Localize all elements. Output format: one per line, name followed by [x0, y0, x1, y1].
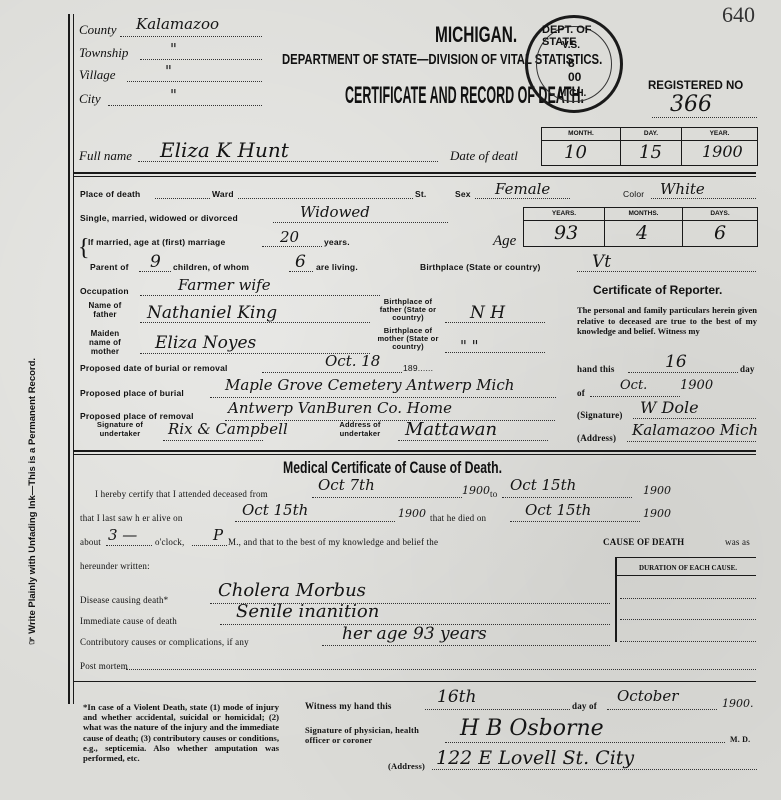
- days-header: DAYS.: [683, 210, 757, 217]
- page-number: 640: [722, 2, 755, 28]
- living-label: are living.: [316, 262, 358, 272]
- township-value: ": [170, 40, 177, 58]
- medical-title: Medical Certificate of Cause of Death.: [283, 458, 502, 478]
- mother-name-label: Maiden name of mother: [80, 329, 130, 356]
- disease-label: Disease causing death*: [80, 595, 168, 605]
- birthplace-label: Birthplace (State or country): [420, 262, 541, 272]
- st-label: St.: [415, 189, 426, 199]
- department-stamp: DEPT. OF STATE V.S. 8 00 MICH.: [525, 15, 623, 113]
- place-of-death-label: Place of death: [80, 189, 140, 199]
- children-label: children, of whom: [173, 262, 249, 272]
- village-value: ": [165, 62, 172, 80]
- day-header: DAY.: [621, 130, 681, 137]
- died-year: 1900: [643, 507, 671, 520]
- color-label: Color: [623, 189, 644, 199]
- of-label: of: [577, 388, 585, 398]
- stamp-text: MICH.: [558, 88, 586, 99]
- witness-month-value: October: [617, 687, 678, 705]
- died-value: Oct 15th: [525, 501, 591, 519]
- marriage-age-value: 20: [280, 228, 299, 246]
- contributory-value: her age 93 years: [342, 624, 487, 644]
- physician-address-label: (Address): [388, 761, 425, 771]
- oclock-label: o'clock,: [155, 537, 184, 547]
- years-label: years.: [324, 237, 350, 247]
- was-as-label: was as: [725, 537, 750, 547]
- burial-place-label: Proposed place of burial: [80, 388, 184, 398]
- living-count: 6: [295, 252, 306, 272]
- color-value: White: [660, 180, 705, 198]
- disease-value: Cholera Morbus: [218, 580, 366, 601]
- registered-label: REGISTERED NO: [648, 80, 743, 92]
- margin-note: ☞ Write Plainly with Unfading Ink—This i…: [27, 358, 38, 645]
- burial-year-suffix: 189......: [403, 363, 433, 373]
- post-mortem-label: Post mortem: [80, 661, 128, 671]
- day-of-label: day of: [572, 701, 597, 711]
- reporter-address-value: Kalamazoo Mich: [632, 421, 758, 439]
- marital-value: Widowed: [300, 203, 370, 221]
- sex-label: Sex: [455, 189, 471, 199]
- physician-label: Signature of physician, health officer o…: [305, 725, 445, 745]
- last-saw-value: Oct 15th: [242, 501, 308, 519]
- cause-label: CAUSE OF DEATH: [603, 537, 684, 547]
- reporter-text: The personal and family particulars here…: [577, 305, 757, 337]
- attended-year1: 1900: [462, 484, 490, 497]
- undertaker-signature-value: Rix & Campbell: [168, 420, 288, 438]
- village-label: Village: [79, 67, 116, 83]
- mother-birthplace-label: Birthplace of mother (State or country): [377, 327, 439, 351]
- m-label: M., and that to the best of my knowledge…: [228, 537, 438, 547]
- marital-label: Single, married, widowed or divorced: [80, 213, 238, 223]
- father-name-label: Name of father: [80, 301, 130, 319]
- age-label: Age: [493, 233, 516, 250]
- duration-header: DURATION OF EACH CAUSE.: [620, 564, 756, 572]
- death-month-value: 10: [564, 142, 587, 163]
- reporter-title: Certificate of Reporter.: [593, 283, 722, 297]
- age-days-value: 6: [714, 222, 726, 244]
- age-box: YEARS. MONTHS. DAYS. 93 4 6: [523, 207, 758, 247]
- stamp-text: DEPT. OF STATE: [542, 24, 620, 48]
- occupation-value: Farmer wife: [178, 276, 271, 294]
- attended-to-value: Oct 15th: [510, 476, 576, 494]
- county-value: Kalamazoo: [136, 15, 219, 33]
- stamp-text: 00: [568, 70, 581, 84]
- death-certificate-page: ☞ Write Plainly with Unfading Ink—This i…: [0, 0, 781, 800]
- date-of-death-label: Date of deatl: [450, 148, 518, 164]
- witness-year-value: 1900.: [722, 697, 754, 710]
- physician-address-value: 122 E Lovell St. City: [436, 747, 634, 769]
- death-day-value: 15: [639, 142, 662, 163]
- registered-number: 366: [670, 92, 712, 117]
- father-name-value: Nathaniel King: [147, 303, 277, 323]
- sex-value: Female: [495, 180, 550, 198]
- city-label: City: [79, 91, 101, 107]
- attended-year2: 1900: [643, 484, 671, 497]
- age-years-value: 93: [554, 222, 578, 244]
- last-saw-year: 1900: [398, 507, 426, 520]
- county-label: County: [79, 22, 117, 38]
- city-value: ": [170, 86, 177, 104]
- reporter-day-value: 16: [665, 352, 687, 372]
- reporter-year-value: 1900: [680, 378, 713, 393]
- signature-label: (Signature): [577, 410, 623, 420]
- months-header: MONTHS.: [605, 210, 682, 217]
- day-label: day: [740, 364, 755, 374]
- full-name-label: Full name: [79, 148, 132, 164]
- undertaker-signature-label: Signature of undertaker: [80, 420, 160, 438]
- father-birthplace-label: Birthplace of father (State or country): [377, 298, 439, 322]
- died-label: that he died on: [430, 513, 486, 523]
- undertaker-address-value: Mattawan: [405, 419, 497, 440]
- undertaker-address-label: Address of undertaker: [330, 420, 390, 438]
- occupation-label: Occupation: [80, 286, 129, 296]
- stamp-text: V.S.: [562, 40, 580, 51]
- township-label: Township: [79, 45, 128, 61]
- age-months-value: 4: [636, 222, 648, 244]
- ampm-value: P: [213, 526, 223, 544]
- reporter-signature-value: W Dole: [640, 398, 699, 417]
- father-birthplace-value: N H: [470, 303, 505, 323]
- mother-birthplace-value: " ": [460, 337, 479, 355]
- parent-of-label: Parent of: [90, 262, 129, 272]
- violent-death-footnote: *In case of a Violent Death, state (1) m…: [83, 702, 279, 763]
- birthplace-value: Vt: [592, 252, 611, 272]
- hour-value: 3 —: [108, 526, 137, 544]
- date-of-death-box: MONTH. DAY. YEAR. 10 15 1900: [541, 127, 758, 166]
- about-label: about: [80, 537, 101, 547]
- immediate-value: Senile inanition: [236, 601, 379, 622]
- last-saw-label: that I last saw h er alive on: [80, 513, 183, 523]
- month-header: MONTH.: [542, 130, 620, 137]
- children-count: 9: [150, 252, 161, 272]
- burial-date-value: Oct. 18: [325, 352, 380, 370]
- physician-signature-value: H B Osborne: [460, 716, 604, 741]
- attended-from-value: Oct 7th: [318, 476, 375, 494]
- year-header: YEAR.: [682, 130, 757, 137]
- stamp-text: 8: [568, 56, 575, 70]
- state-title: MICHIGAN.: [435, 22, 517, 48]
- burial-place-value: Maple Grove Cemetery Antwerp Mich: [225, 376, 514, 394]
- years-header: YEARS.: [524, 210, 604, 217]
- contributory-label: Contributory causes or complications, if…: [80, 637, 249, 647]
- witness-day-value: 16th: [437, 687, 476, 707]
- mother-name-value: Eliza Noyes: [155, 333, 256, 353]
- to-label: to: [490, 489, 497, 499]
- hereunder-label: hereunder written:: [80, 561, 150, 571]
- ward-label: Ward: [212, 189, 234, 199]
- hand-this-label: hand this: [577, 364, 615, 374]
- attended-label: I hereby certify that I attended decease…: [95, 489, 268, 499]
- left-border-inner: [73, 14, 74, 704]
- md-label: M. D.: [730, 735, 750, 744]
- immediate-label: Immediate cause of death: [80, 616, 177, 626]
- left-border: [68, 14, 70, 704]
- death-year-value: 1900: [702, 142, 743, 161]
- witness-label: Witness my hand this: [305, 701, 392, 711]
- full-name-value: Eliza K Hunt: [160, 138, 289, 162]
- removal-place-value: Antwerp VanBuren Co. Home: [228, 399, 452, 417]
- reporter-month-value: Oct.: [620, 378, 647, 393]
- reporter-address-label: (Address): [577, 433, 616, 443]
- marriage-age-label: If married, age at (first) marriage: [88, 237, 225, 247]
- burial-date-label: Proposed date of burial or removal: [80, 363, 228, 373]
